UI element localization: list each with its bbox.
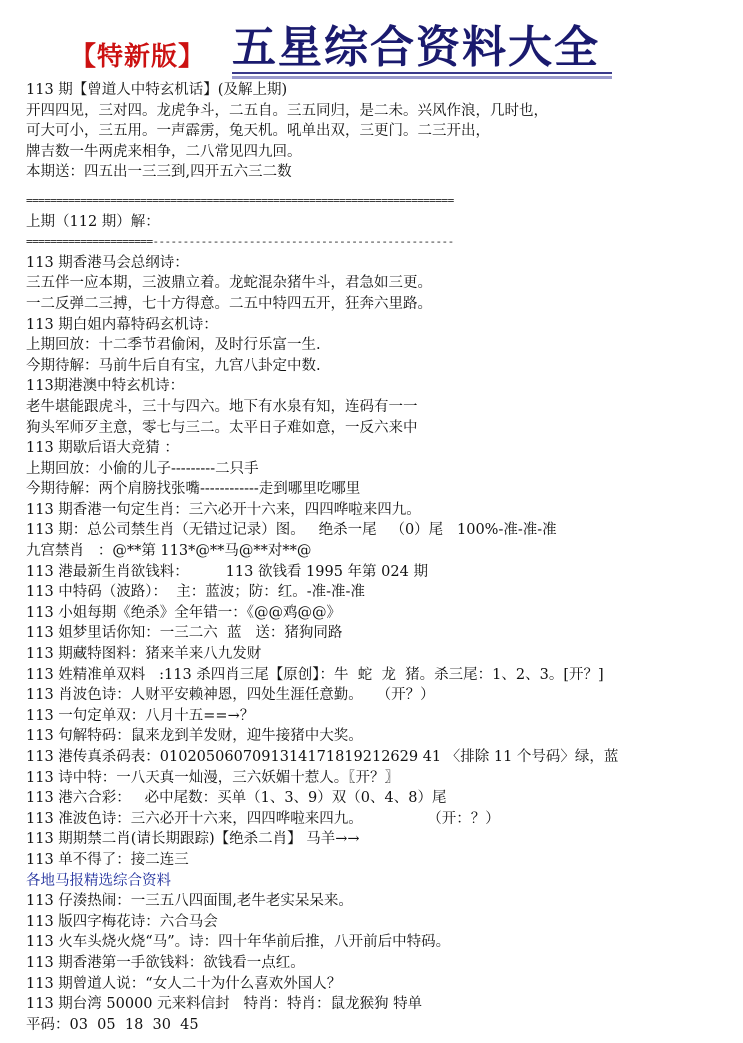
list-item: 113 准波色诗：三六必开十六来，四四哗啦来四九。 （开：？） (26, 809, 726, 830)
list-item: 三五伴一应本期，三波鼎立着。龙蛇混杂猪牛斗，君急如三更。 (26, 273, 726, 294)
list-item: 113 中特码（波路）： 主：蓝波；防：红。-准-准-准 (26, 582, 726, 603)
title-underline-shadow (232, 76, 612, 79)
list-item: 113 姓精准单双料 :113 杀四肖三尾【原创】：牛 蛇 龙 猪。杀三尾：1、… (26, 665, 726, 686)
list-item: 113 火车头烧火烧“马”。诗：四十年华前后推，八开前后中特码。 (26, 932, 726, 953)
list-item: 113 港最新生肖欲钱料： 113 欲钱看 1995 年第 024 期 (26, 562, 726, 583)
list-item: 113 期白姐内幕特码玄机诗： (26, 315, 726, 336)
list-item: 113 期歇后语大竞猜 ： (26, 438, 726, 459)
page-header: 【特新版】 五星综合资料大全 (0, 0, 743, 80)
list-item: 老牛堪能跟虎斗，三十与四六。地下有水泉有知，连码有一一 (26, 397, 726, 418)
list-item: 上期回放：十二季节君偷闲，及时行乐富一生. (26, 335, 726, 356)
list-item: 今期待解：两个肩膀找张嘴------------走到哪里吃哪里 (26, 479, 726, 500)
list-item: 113 小姐每期《绝杀》全年错一：《@@鸡@@》 (26, 603, 726, 624)
list-item: 113 姐梦里话你知：一三二六 蓝 送：猪狗同路 (26, 623, 726, 644)
list-item: 113 仔湊热闹：一三五八四面围,老牛老实呆呆来。 (26, 891, 726, 912)
list-item: 113 期期禁二肖(请长期跟踪)【绝杀二肖】 马羊→→ (26, 829, 726, 850)
list-item: 九宫禁肖 ：@**第 113*@**马@**对**@ (26, 541, 726, 562)
list-item: 113 期香港马会总纲诗： (26, 253, 726, 274)
list-item: 113 版四字梅花诗：六合马会 (26, 912, 726, 933)
list-item: 113 肖波色诗：人财平安赖神恩，四处生涯任意勤。 （开？） (26, 685, 726, 706)
list-item: 113 期：总公司禁生肖（无错过记录）图。 绝杀一尾 （0）尾 100%-准-准… (26, 520, 726, 541)
page-title: 五星综合资料大全 (232, 22, 600, 74)
list-item: 一二反弹二三搏，七十方得意。二五中特四五开，狂奔六里路。 (26, 294, 726, 315)
list-item: 狗头军师歹主意，零七与三二。太平日子难如意，一反六来中 (26, 418, 726, 439)
separator: ========================================… (26, 191, 578, 212)
subsection-heading: 各地马报精选综合资料 (26, 871, 726, 892)
list-item: 平码：03 05 18 30 45 (26, 1015, 726, 1036)
text-line: 开四四见，三对四。龙虎争斗，二五自。三五同归，是二未。兴风作浪，几时也， (26, 101, 726, 122)
text-line: 牌吉数一牛两虎来相争，二八常见四九回。 (26, 142, 726, 163)
edition-badge: 【特新版】 (70, 36, 205, 73)
list-item: 113 诗中特：一八天真一灿漫，三六妖媚十惹人。〖开？〗 (26, 768, 726, 789)
prev-issue-label: 上期（112 期）解： (26, 212, 726, 233)
list-item: 113 期台湾 50000 元来料信封 特肖：特肖：鼠龙猴狗 特单 (26, 994, 726, 1015)
section-heading: 113 期【曾道人中特玄机话】(及解上期) (26, 80, 726, 101)
list-item: 113 句解特码：鼠来龙到羊发财，迎牛接猪中大奖。 (26, 726, 726, 747)
text-line: 可大可小，三五用。一声霹雳，兔天机。吼单出双，三更门。二三开出， (26, 121, 726, 142)
separator: =====================-------------------… (26, 232, 578, 253)
list-item: 今期待解：马前牛后自有宝，九宫八卦定中数. (26, 356, 726, 377)
text-line: 本期送：四五出一三三到,四开五六三二数 (26, 162, 726, 183)
list-item: 113 期藏特图料：猪来羊来八九发财 (26, 644, 726, 665)
list-item: 上期回放：小偷的儿子---------二只手 (26, 459, 726, 480)
spacer (26, 183, 726, 191)
document-body: 113 期【曾道人中特玄机话】(及解上期) 开四四见，三对四。龙虎争斗，二五自。… (26, 80, 726, 1035)
list-item: 113 单不得了：接二连三 (26, 850, 726, 871)
list-item: 113 期曾道人说：“女人二十为什么喜欢外国人？ (26, 974, 726, 995)
list-item: 113期港澳中特玄机诗： (26, 376, 726, 397)
list-item: 113 港传真杀码表：0102050607091314171819212629 … (26, 747, 726, 768)
title-underline (232, 72, 612, 74)
list-item: 113 期香港第一手欲钱料：欲钱看一点红。 (26, 953, 726, 974)
list-item: 113 一句定单双：八月十五==→？ (26, 706, 726, 727)
list-item: 113 港六合彩： 必中尾数：买单（1、3、9）双（0、4、8）尾 (26, 788, 726, 809)
list-item: 113 期香港一句定生肖：三六必开十六来，四四哗啦来四九。 (26, 500, 726, 521)
